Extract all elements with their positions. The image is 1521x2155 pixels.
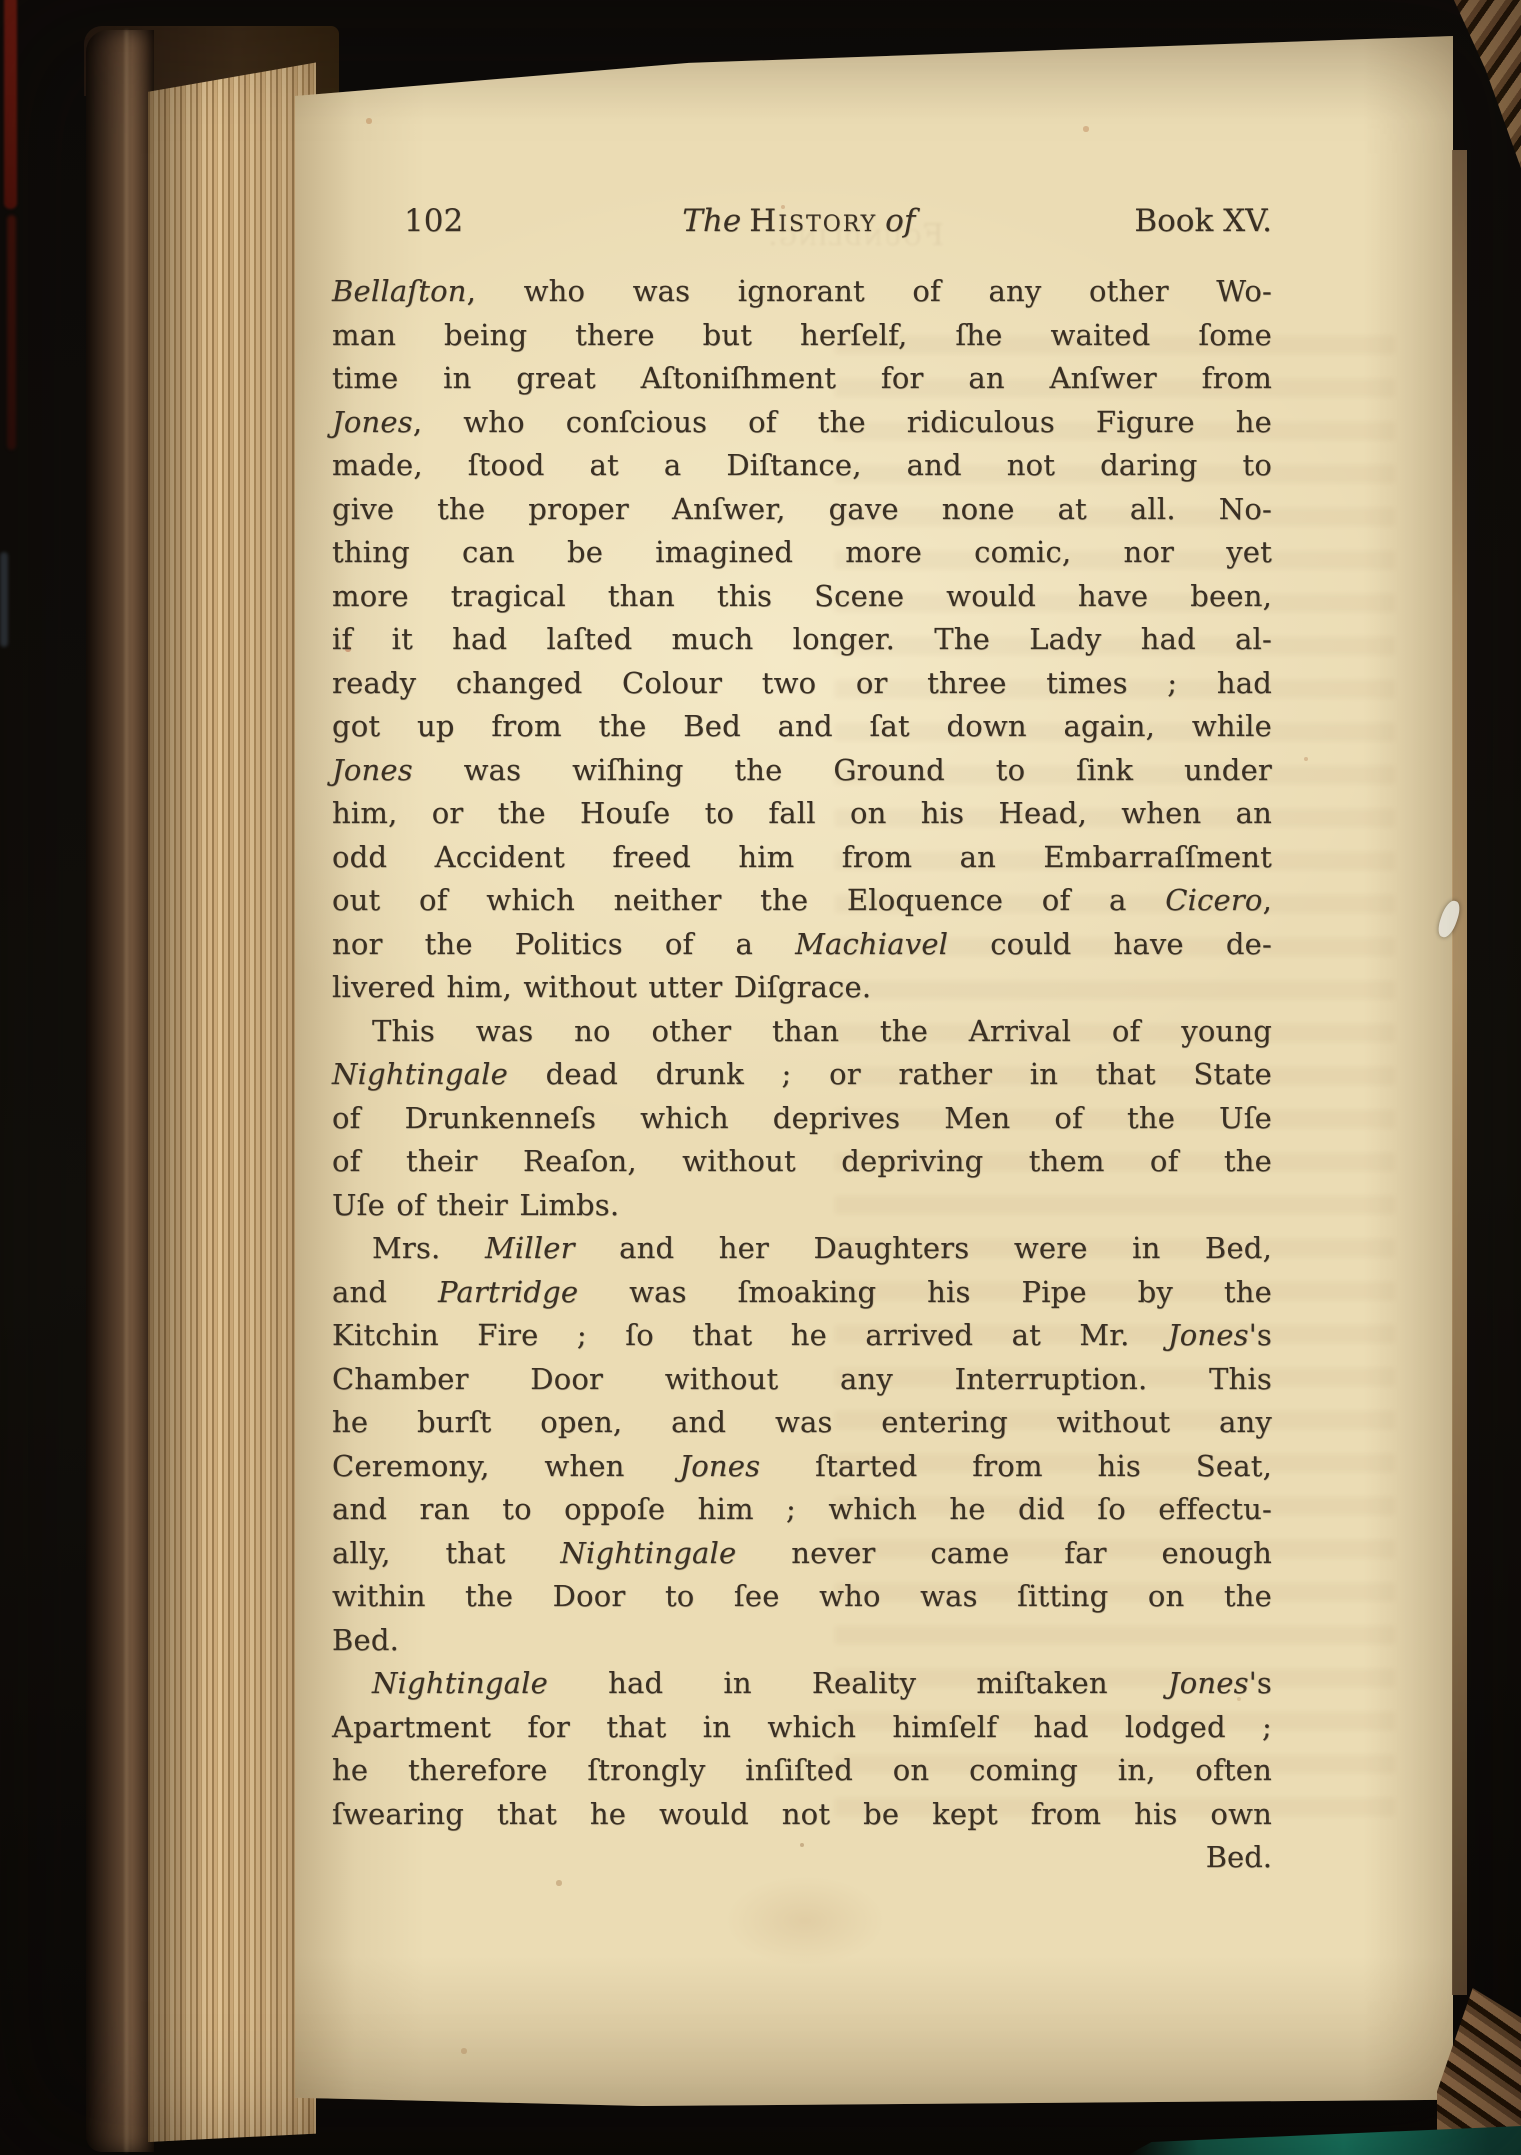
text-line: ally, that Nightingale never came far en… xyxy=(332,1532,1272,1576)
text-line: made, ſtood at a Diſtance, and not darin… xyxy=(332,444,1272,488)
text-line: got up from the Bed and ſat down again, … xyxy=(332,705,1272,749)
text-line: within the Door to ſee who was ſitting o… xyxy=(332,1575,1272,1619)
text-line: him, or the Houſe to fall on his Head, w… xyxy=(332,792,1272,836)
text-line: Mrs. Miller and her Daughters were in Be… xyxy=(332,1227,1272,1271)
text-line: ſwearing that he would not be kept from … xyxy=(332,1793,1272,1837)
page-edge-stack xyxy=(148,50,316,2142)
text-line: of their Reaſon, without depriving them … xyxy=(332,1140,1272,1184)
text-line: Jones, who conſcious of the ridiculous F… xyxy=(332,401,1272,445)
text-line: man being there but herſelf, ſhe waited … xyxy=(332,314,1272,358)
text-line: and Partridge was ſmoaking his Pipe by t… xyxy=(332,1271,1272,1315)
red-edge-streak xyxy=(7,215,16,450)
book-spine xyxy=(86,30,154,2152)
text-line: Uſe of their Limbs. xyxy=(332,1184,1272,1228)
text-line: Bed. xyxy=(332,1619,1272,1663)
text-line: Kitchin Fire ; ſo that he arrived at Mr.… xyxy=(332,1314,1272,1358)
blue-edge-streak xyxy=(0,552,8,647)
text-line: Jones was wiſhing the Ground to ſink und… xyxy=(332,749,1272,793)
book-photo-scene: Foundling. 102 TheHistoryof Book XV. Bel… xyxy=(0,0,1521,2155)
text-line: Nightingale had in Reality miſtaken Jone… xyxy=(332,1662,1272,1706)
red-edge-streak xyxy=(4,0,17,209)
text-column: 102 TheHistoryof Book XV. Bellaſton, who… xyxy=(332,200,1272,1880)
book-number: Book XV. xyxy=(1134,200,1272,243)
braided-corner-top xyxy=(1446,0,1521,171)
book-page: Foundling. 102 TheHistoryof Book XV. Bel… xyxy=(295,36,1453,2106)
text-line: nor the Politics of a Machiavel could ha… xyxy=(332,923,1272,967)
text-line: give the proper Anſwer, gave none at all… xyxy=(332,488,1272,532)
text-line: if it had laſted much longer. The Lady h… xyxy=(332,618,1272,662)
paragraph: This was no other than the Arrival of yo… xyxy=(332,1010,1272,1228)
text-line: Bellaſton, who was ignorant of any other… xyxy=(332,270,1272,314)
paragraph: Bellaſton, who was ignorant of any other… xyxy=(332,270,1272,1010)
title-the: The xyxy=(682,203,741,239)
text-line: of Drunkenneſs which deprives Men of the… xyxy=(332,1097,1272,1141)
text-line: This was no other than the Arrival of yo… xyxy=(332,1010,1272,1054)
title-of: of xyxy=(885,203,915,239)
adjacent-page-edge xyxy=(1452,150,1467,1995)
text-line: out of which neither the Eloquence of a … xyxy=(332,879,1272,923)
paper-stain xyxy=(725,1876,885,1966)
text-line: Ceremony, when Jones ſtarted from his Se… xyxy=(332,1445,1272,1489)
green-cloth-sliver xyxy=(1128,2126,1521,2155)
title-history: History xyxy=(749,203,877,239)
text-line: ready changed Colour two or three times … xyxy=(332,662,1272,706)
page-header: 102 TheHistoryof Book XV. xyxy=(332,200,1272,243)
text-line: he therefore ſtrongly inſiſted on coming… xyxy=(332,1749,1272,1793)
text-line: more tragical than this Scene would have… xyxy=(332,575,1272,619)
text-line: Apartment for that in which himſelf had … xyxy=(332,1706,1272,1750)
text-line: and ran to oppoſe him ; which he did ſo … xyxy=(332,1488,1272,1532)
text-line: livered him, without utter Diſgrace. xyxy=(332,966,1272,1010)
catchword: Bed. xyxy=(332,1836,1272,1880)
text-line: time in great Aſtoniſhment for an Anſwer… xyxy=(332,357,1272,401)
text-line: odd Accident freed him from an Embarraſſ… xyxy=(332,836,1272,880)
text-line: thing can be imagined more comic, nor ye… xyxy=(332,531,1272,575)
paragraph: Mrs. Miller and her Daughters were in Be… xyxy=(332,1227,1272,1662)
text-line: he burſt open, and was entering without … xyxy=(332,1401,1272,1445)
paragraph: Nightingale had in Reality miſtaken Jone… xyxy=(332,1662,1272,1836)
text-line: Chamber Door without any Interruption. T… xyxy=(332,1358,1272,1402)
text-block: Bellaſton, who was ignorant of any other… xyxy=(332,270,1272,1836)
running-title: TheHistoryof xyxy=(463,200,1134,243)
page-number: 102 xyxy=(404,200,463,243)
text-line: Nightingale dead drunk ; or rather in th… xyxy=(332,1053,1272,1097)
